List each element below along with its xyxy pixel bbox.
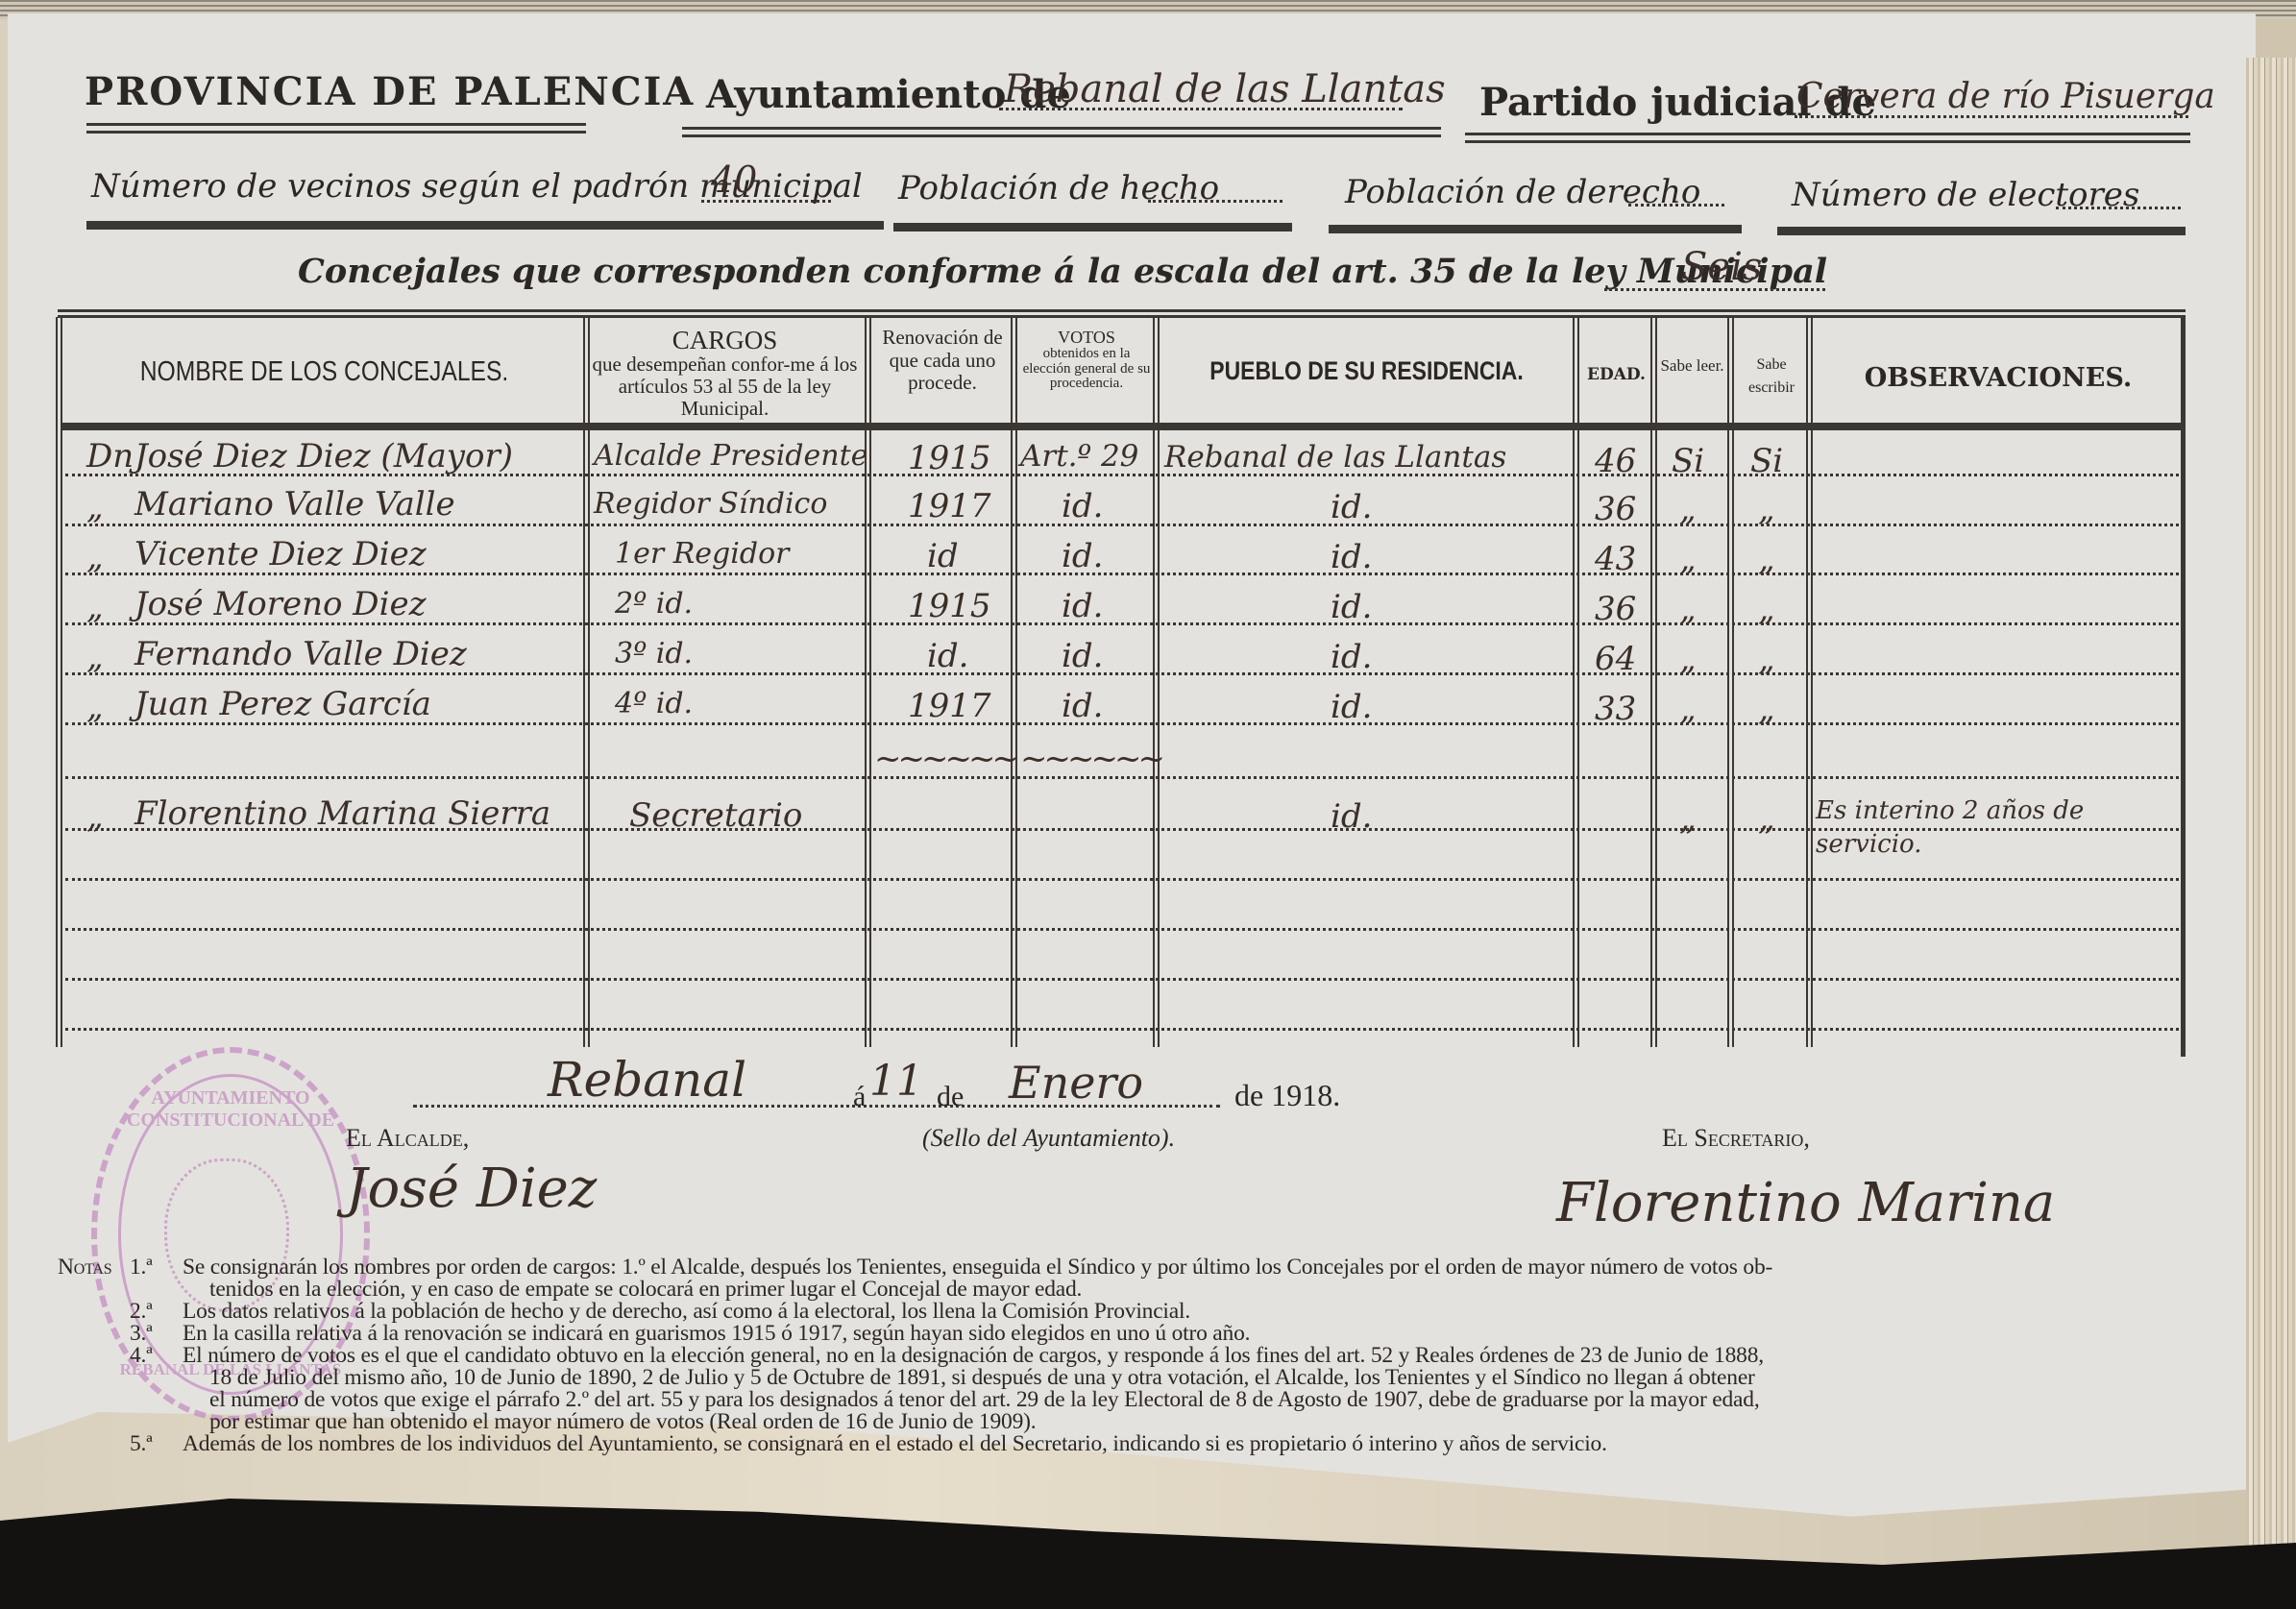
table-header-rule	[61, 423, 2181, 430]
secretario-label: El Secretario,	[1662, 1124, 1810, 1153]
cell-edad: 33	[1595, 690, 1636, 728]
date-a: á	[853, 1081, 866, 1113]
census-rule	[893, 223, 1292, 232]
sello-label: (Sello del Ayuntamiento).	[922, 1124, 1175, 1153]
cell-cargo: 3º id.	[615, 637, 693, 670]
col-header-nombre: NOMBRE DE LOS CONCEJALES.	[106, 357, 543, 386]
cargos-subtitle: que desempeñan confor-me á los artículos…	[588, 353, 862, 419]
notes-label: Notas	[58, 1255, 111, 1280]
cell-nombre: Florentino Marina Sierra	[134, 794, 550, 833]
cell-edad: 64	[1595, 640, 1636, 678]
cell-cargo: 4º id.	[615, 687, 693, 720]
col-header-edad: EDAD.	[1580, 367, 1652, 384]
cell-votos: Art.º 29	[1020, 439, 1138, 474]
col-header-cargos: CARGOS que desempeñan confor-me á los ar…	[588, 327, 862, 419]
cell-cargo: Regidor Síndico	[594, 487, 827, 521]
note-number: 1.ª	[130, 1255, 153, 1280]
seal-text-top: AYUNTAMIENTO CONSTITUCIONAL DE	[97, 1087, 364, 1132]
concejales-label: Concejales que corresponden conforme á l…	[298, 252, 1827, 291]
cell-pueblo: id.	[1331, 588, 1372, 626]
col-header-leer: Sabe leer.	[1657, 353, 1727, 378]
cell-leer: „	[1679, 540, 1697, 578]
cell-observaciones: Es interino 2 años de servicio.	[1816, 794, 2085, 862]
cargos-title: CARGOS	[588, 327, 862, 353]
cell-escribir: „	[1758, 799, 1775, 838]
poblacion-hecho-field	[1148, 200, 1282, 203]
vecinos-value: 40	[711, 158, 757, 201]
cell-leer: „	[1679, 799, 1697, 838]
cell-edad: 36	[1595, 590, 1636, 628]
cell-pueblo: Rebanal de las Llantas	[1164, 440, 1506, 475]
cell-pueblo: id.	[1331, 797, 1372, 836]
cell-votos: id.	[1062, 687, 1103, 725]
row-prefix: „	[86, 588, 104, 626]
date-year: de 1918.	[1234, 1078, 1340, 1113]
cell-renovacion: 1915	[908, 587, 991, 625]
row-line	[65, 978, 2179, 981]
header-rule	[1465, 133, 2190, 143]
alcalde-label: El Alcalde,	[346, 1124, 469, 1153]
cell-leer: „	[1679, 590, 1697, 628]
cell-escribir: „	[1758, 640, 1775, 678]
table-right-border	[2181, 317, 2186, 1057]
cell-nombre: José Diez Diez (Mayor)	[134, 437, 513, 475]
cell-edad: 46	[1595, 442, 1636, 480]
cell-escribir: „	[1758, 540, 1775, 578]
date-day: 11	[869, 1057, 923, 1106]
electores-field	[2056, 207, 2181, 209]
poblacion-derecho-field	[1628, 204, 1724, 207]
cell-cargo: 1er Regidor	[615, 537, 789, 571]
cell-leer: „	[1679, 490, 1697, 528]
row-prefix: Dn	[86, 437, 134, 475]
row-prefix: „	[86, 797, 104, 836]
row-prefix: „	[86, 488, 104, 526]
votos-title: VOTOS	[1020, 329, 1153, 347]
cell-pueblo: id.	[1331, 538, 1372, 576]
header-rule	[682, 127, 1441, 137]
cell-votos: id.	[1062, 637, 1103, 675]
cell-renovacion: 1917	[908, 487, 991, 525]
row-line	[65, 1028, 2179, 1031]
cell-leer: „	[1679, 690, 1697, 728]
census-rule	[1329, 225, 1742, 233]
row-prefix: „	[86, 688, 104, 726]
cell-cargo: Alcalde Presidente	[594, 439, 867, 473]
cell-votos: id.	[1062, 487, 1103, 525]
cell-escribir: „	[1758, 590, 1775, 628]
row-prefix: „	[86, 638, 104, 676]
ayuntamiento-value: Rebanal de las Llantas	[1004, 67, 1446, 111]
date-place: Rebanal	[548, 1052, 746, 1108]
cell-edad: 36	[1595, 490, 1636, 528]
row-prefix: „	[86, 538, 104, 576]
page-stack-edge	[2246, 58, 2296, 1556]
row-line	[65, 928, 2179, 931]
cell-escribir: „	[1758, 690, 1775, 728]
cell-pueblo: id.	[1331, 488, 1372, 526]
table-top-rule	[58, 309, 2186, 318]
col-header-renovacion: Renovación de que cada uno procede.	[874, 327, 1011, 395]
col-header-votos: VOTOS obtenidos en la elección general d…	[1020, 329, 1153, 392]
row-line	[65, 878, 2179, 881]
row-line	[65, 524, 2179, 526]
cell-renovacion-flourish: ~~~~~~	[874, 740, 1015, 778]
cell-cargo: 2º id.	[615, 587, 693, 621]
cell-renovacion: id.	[927, 637, 968, 675]
cell-nombre: Fernando Valle Diez	[134, 635, 467, 673]
cell-nombre: Vicente Diez Diez	[134, 535, 427, 573]
census-rule	[86, 221, 884, 230]
col-header-pueblo: PUEBLO DE SU RESIDENCIA.	[1193, 357, 1540, 384]
cell-cargo: Secretario	[629, 796, 802, 835]
alcalde-signature: José Diez	[346, 1158, 597, 1220]
census-rule	[1777, 227, 2186, 235]
cell-renovacion: id	[927, 537, 959, 575]
secretario-signature: Florentino Marina	[1556, 1172, 2055, 1234]
cell-leer: „	[1679, 640, 1697, 678]
col-header-escribir: Sabe escribir	[1734, 353, 1809, 400]
cell-escribir: „	[1758, 490, 1775, 528]
date-month: Enero	[1009, 1057, 1143, 1109]
cell-pueblo: id.	[1331, 688, 1372, 726]
cell-edad: 43	[1595, 540, 1636, 578]
date-de: de	[937, 1081, 964, 1113]
note-number: 4.ª	[130, 1343, 153, 1369]
cell-renovacion: 1917	[908, 687, 991, 725]
header-rule	[86, 123, 586, 134]
col-header-observaciones: OBSERVACIONES.	[1816, 365, 2181, 392]
cell-leer: Si	[1672, 442, 1704, 480]
province-title: PROVINCIA DE PALENCIA	[85, 69, 695, 114]
note-line: Además de los nombres de los individuos …	[183, 1431, 1607, 1457]
votos-subtitle: obtenidos en la elección general de su p…	[1020, 347, 1153, 392]
cell-renovacion: 1915	[908, 439, 991, 477]
cell-nombre: Juan Perez García	[134, 685, 431, 723]
cell-escribir: Si	[1750, 442, 1783, 480]
concejales-value: Seis	[1681, 245, 1762, 289]
cell-pueblo: id.	[1331, 638, 1372, 676]
note-number: 5.ª	[130, 1431, 153, 1457]
cell-votos-flourish: ~~~~~~	[1020, 740, 1161, 778]
cell-votos: id.	[1062, 587, 1103, 625]
cell-nombre: Mariano Valle Valle	[134, 485, 455, 524]
partido-value: Cervera de río Pisuerga	[1796, 77, 2215, 116]
cell-votos: id.	[1062, 537, 1103, 575]
cell-nombre: José Moreno Diez	[134, 585, 426, 623]
